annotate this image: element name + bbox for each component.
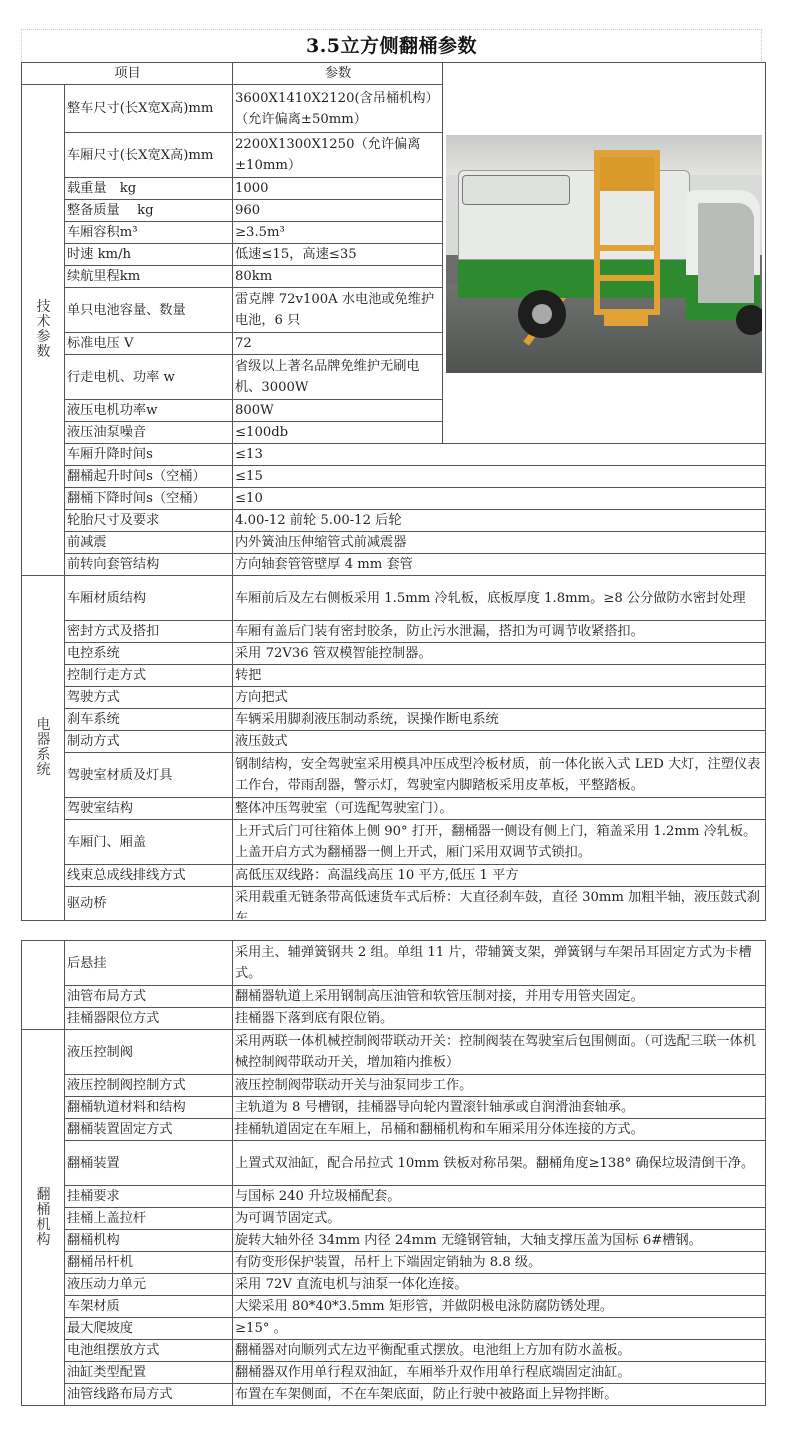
category-tipping-mechanism: 翻桶机构	[22, 1030, 65, 1406]
row-label: 驾驶室材质及灯具	[65, 753, 233, 798]
row-value: 1000	[233, 178, 443, 200]
row-value: ≥15° 。	[233, 1318, 766, 1340]
row-value: 转把	[233, 665, 766, 687]
row-label: 整车尺寸(长X宽X高)mm	[65, 85, 233, 133]
row-value: 4.00-12 前轮 5.00-12 后轮	[233, 510, 766, 532]
row-label: 油管布局方式	[65, 986, 233, 1008]
row-value: 液压控制阀带联动开关与油泵同步工作。	[233, 1075, 766, 1097]
row-label: 车厢尺寸(长X宽X高)mm	[65, 133, 233, 178]
row-label: 车厢容积m³	[65, 222, 233, 244]
truck-photo	[446, 135, 762, 373]
row-value: ≤15	[233, 466, 766, 488]
row-value: ≤100db	[233, 422, 443, 444]
row-label: 翻桶起升时间s（空桶）	[65, 466, 233, 488]
row-label: 电池组摆放方式	[65, 1340, 233, 1362]
row-label: 车厢门、厢盖	[65, 820, 233, 865]
row-value: 内外簧油压伸缩管式前减震器	[233, 532, 766, 554]
row-label: 液压电机功率w	[65, 400, 233, 422]
row-label: 轮胎尺寸及要求	[65, 510, 233, 532]
row-value: ≤13	[233, 444, 766, 466]
row-value: 钢制结构，安全驾驶室采用模具冲压成型冷板材质，前一体化嵌入式 LED 大灯，注塑…	[233, 753, 766, 798]
row-label: 车厢材质结构	[65, 576, 233, 621]
row-label: 挂桶器限位方式	[65, 1008, 233, 1030]
row-value: 雷克牌 72v100A 水电池或免维护电池，6 只	[233, 288, 443, 333]
row-value: ≥3.5m³	[233, 222, 443, 244]
row-label: 单只电池容量、数量	[65, 288, 233, 333]
row-label: 油缸类型配置	[65, 1362, 233, 1384]
row-label: 最大爬坡度	[65, 1318, 233, 1340]
row-label: 控制行走方式	[65, 665, 233, 687]
row-label: 挂桶要求	[65, 1186, 233, 1208]
category-suspension	[22, 941, 65, 1030]
row-label: 液压动力单元	[65, 1274, 233, 1296]
spec-table-lower: 后悬挂 采用主、辅弹簧钢共 2 组。单组 11 片，带辅簧支架，弹簧钢与车架吊耳…	[21, 940, 766, 1406]
row-label: 翻桶装置固定方式	[65, 1119, 233, 1141]
row-label: 翻桶吊杆机	[65, 1252, 233, 1274]
row-label: 线束总成线排线方式	[65, 865, 233, 887]
row-value: 960	[233, 200, 443, 222]
row-value: 翻桶器轨道上采用钢制高压油管和软管压制对接，并用专用管夹固定。	[233, 986, 766, 1008]
row-value: ≤10	[233, 488, 766, 510]
row-value: 2200X1300X1250（允许偏离±10mm）	[233, 133, 443, 178]
header-item: 项目	[22, 63, 233, 85]
row-value: 72	[233, 333, 443, 355]
row-label: 翻桶轨道材料和结构	[65, 1097, 233, 1119]
row-label: 液压控制阀控制方式	[65, 1075, 233, 1097]
category-tech-params: 技术参数	[22, 85, 65, 576]
row-label: 驾驶室结构	[65, 798, 233, 820]
row-value: 采用载重无链条带高低速货车式后桥：大直径刹车鼓，直径 30mm 加粗半轴，液压鼓…	[233, 887, 766, 921]
row-label: 制动方式	[65, 731, 233, 753]
row-value: 与国标 240 升垃圾桶配套。	[233, 1186, 766, 1208]
row-value: 整体冲压驾驶室（可选配驾驶室门）。	[233, 798, 766, 820]
row-label: 驱动桥	[65, 887, 233, 921]
row-value: 80km	[233, 266, 443, 288]
row-value: 为可调节固定式。	[233, 1208, 766, 1230]
row-value: 车辆采用脚刹液压制动系统，误操作断电系统	[233, 709, 766, 731]
row-label: 车架材质	[65, 1296, 233, 1318]
row-value: 车厢前后及左右侧板采用 1.5mm 冷轧板，底板厚度 1.8mm。≥8 公分做防…	[233, 576, 766, 621]
row-label: 翻桶机构	[65, 1230, 233, 1252]
row-value: 采用 72V36 管双模智能控制器。	[233, 643, 766, 665]
row-value: 低速≤15，高速≤35	[233, 244, 443, 266]
row-value: 液压鼓式	[233, 731, 766, 753]
row-value: 采用两联一体机械控制阀带联动开关：控制阀装在驾驶室后包围侧面。（可选配三联一体机…	[233, 1030, 766, 1075]
row-value: 车厢有盖后门装有密封胶条，防止污水泄漏，搭扣为可调节收紧搭扣。	[233, 621, 766, 643]
row-label: 翻桶下降时间s（空桶）	[65, 488, 233, 510]
row-value: 方向把式	[233, 687, 766, 709]
row-label: 前转向套管结构	[65, 554, 233, 576]
row-label: 前减震	[65, 532, 233, 554]
row-value: 采用 72V 直流电机与油泵一体化连接。	[233, 1274, 766, 1296]
row-value: 上置式双油缸，配合吊拉式 10mm 铁板对称吊架。翻桶角度≥138° 确保垃圾清…	[233, 1141, 766, 1186]
row-value: 布置在车架侧面，不在车架底面，防止行驶中被路面上异物拌断。	[233, 1384, 766, 1406]
row-label: 电控系统	[65, 643, 233, 665]
row-label: 刹车系统	[65, 709, 233, 731]
category-electrical: 电器系统	[22, 576, 65, 921]
row-value: 主轨道为 8 号槽钢，挂桶器导向轮内置滚针轴承或自润滑油套轴承。	[233, 1097, 766, 1119]
row-value: 有防变形保护装置，吊杆上下端固定销轴为 8.8 级。	[233, 1252, 766, 1274]
row-value: 翻桶器对向顺列式左边平衡配重式摆放。电池组上方加有防水盖板。	[233, 1340, 766, 1362]
row-value: 翻桶器双作用单行程双油缸，车厢举升双作用单行程底端固定油缸。	[233, 1362, 766, 1384]
row-label: 液压油泵噪音	[65, 422, 233, 444]
row-value: 采用主、辅弹簧钢共 2 组。单组 11 片，带辅簧支架，弹簧钢与车架吊耳固定方式…	[233, 941, 766, 986]
header-param: 参数	[233, 63, 443, 85]
row-value: 方向轴套管管壁厚 4 mm 套管	[233, 554, 766, 576]
row-label: 后悬挂	[65, 941, 233, 986]
row-label: 行走电机、功率 w	[65, 355, 233, 400]
photo-cell	[443, 63, 766, 444]
row-label: 密封方式及搭扣	[65, 621, 233, 643]
row-label: 车厢升降时间s	[65, 444, 233, 466]
row-value: 上开式后门可往箱体上侧 90° 打开，翻桶器一侧设有侧上门，箱盖采用 1.2mm…	[233, 820, 766, 865]
row-value: 旋转大轴外径 34mm 内径 24mm 无缝钢管轴，大轴支撑压盖为国标 6#槽钢…	[233, 1230, 766, 1252]
row-label: 驾驶方式	[65, 687, 233, 709]
row-label: 翻桶装置	[65, 1141, 233, 1186]
page-title: 3.5立方侧翻桶参数	[21, 30, 762, 62]
row-label: 载重量 kg	[65, 178, 233, 200]
row-value: 挂桶轨道固定在车厢上，吊桶和翻桶机构和车厢采用分体连接的方式。	[233, 1119, 766, 1141]
row-label: 整备质量 kg	[65, 200, 233, 222]
row-label: 标准电压 V	[65, 333, 233, 355]
row-label: 液压控制阀	[65, 1030, 233, 1075]
row-label: 续航里程km	[65, 266, 233, 288]
spec-table-upper: 项目 参数 技术参数 整车尺寸(长X宽X高)mm 3600X1410X2120(…	[21, 62, 766, 921]
row-value: 省级以上著名品牌免维护无刷电机、3000W	[233, 355, 443, 400]
row-value: 高低压双线路：高温线高压 10 平方,低压 1 平方	[233, 865, 766, 887]
row-label: 油管线路布局方式	[65, 1384, 233, 1406]
row-value: 3600X1410X2120(含吊桶机构）（允许偏离±50mm）	[233, 85, 443, 133]
row-value: 大梁采用 80*40*3.5mm 矩形管，并做阴极电泳防腐防锈处理。	[233, 1296, 766, 1318]
row-value: 挂桶器下落到底有限位销。	[233, 1008, 766, 1030]
row-label: 挂桶上盖拉杆	[65, 1208, 233, 1230]
row-label: 时速 km/h	[65, 244, 233, 266]
row-value: 800W	[233, 400, 443, 422]
